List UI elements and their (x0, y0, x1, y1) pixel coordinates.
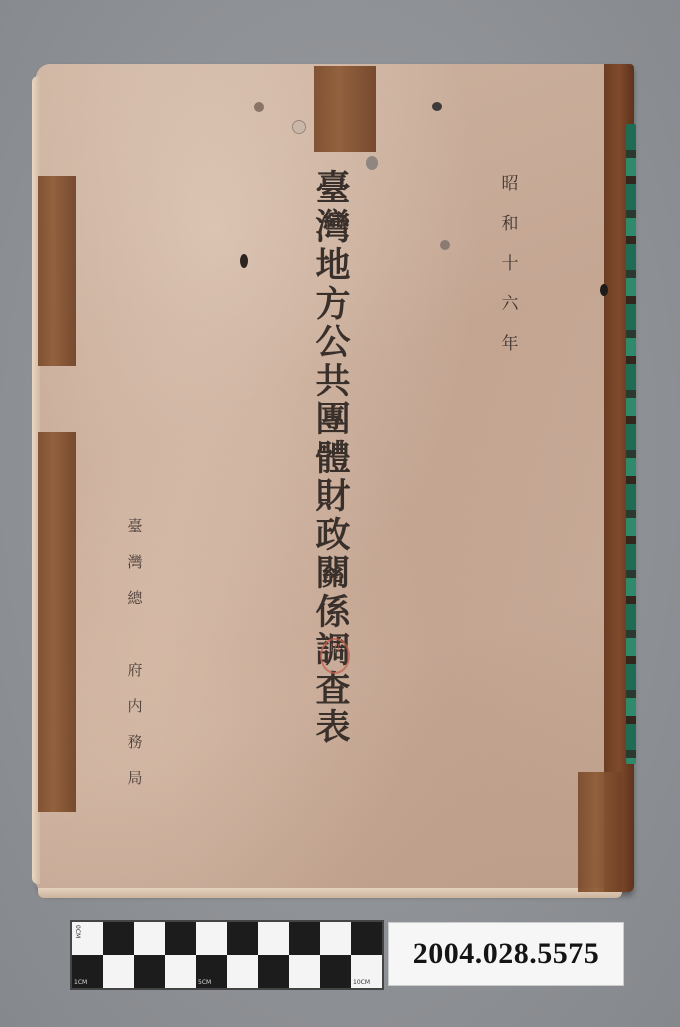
stain-spot (292, 120, 306, 134)
stain-spot (254, 102, 264, 112)
scale-cell (165, 922, 196, 955)
scale-cell (351, 922, 382, 955)
publisher-char: 局 (122, 760, 148, 796)
document-publisher: 臺 灣 總 府 内 務 局 (122, 508, 148, 796)
scale-cell: 5CM (196, 955, 227, 988)
publisher-char: 内 (122, 688, 148, 724)
tape-strip-right-bottom (578, 772, 622, 892)
title-char: 關 (310, 555, 356, 594)
title-char: 方 (310, 286, 356, 325)
page-edge-bottom (38, 888, 622, 898)
stain-spot (366, 156, 378, 170)
title-char: 係 (310, 594, 356, 633)
title-char: 團 (310, 401, 356, 440)
accession-number-label: 2004.028.5575 (388, 922, 624, 986)
spine-green-binding (626, 124, 636, 764)
publisher-char: 臺 (122, 508, 148, 544)
title-char: 地 (310, 247, 356, 286)
scale-cell (258, 955, 289, 988)
red-seal-stamp: 印 (320, 638, 350, 674)
date-char: 年 (496, 324, 524, 364)
scale-cell (258, 922, 289, 955)
title-char: 財 (310, 478, 356, 517)
scale-cell (134, 955, 165, 988)
stain-spot (240, 254, 248, 268)
title-char: 政 (310, 517, 356, 556)
scale-cell (196, 922, 227, 955)
title-char: 表 (310, 709, 356, 748)
publisher-char: 府 (122, 652, 148, 688)
tape-strip-top (314, 66, 376, 152)
tape-strip-left-upper (38, 176, 76, 366)
scale-cell (320, 922, 351, 955)
stain-spot (432, 102, 442, 111)
scale-cell (227, 955, 258, 988)
stain-spot (600, 284, 608, 296)
scale-cell (103, 922, 134, 955)
title-char: 體 (310, 440, 356, 479)
document-date: 昭 和 十 六 年 (496, 164, 524, 364)
date-char: 和 (496, 204, 524, 244)
title-char: 公 (310, 324, 356, 363)
scale-cell: 0CM (72, 922, 103, 955)
date-char: 六 (496, 284, 524, 324)
scale-cell (134, 922, 165, 955)
scale-cell (165, 955, 196, 988)
title-char: 臺 (310, 170, 356, 209)
scale-cell (227, 922, 258, 955)
scale-cell (320, 955, 351, 988)
color-scale-bar: 0CM 1CM 5CM 10CM (70, 920, 384, 990)
publisher-char: 灣 (122, 544, 148, 580)
scale-cell: 10CM (351, 955, 382, 988)
title-char: 共 (310, 363, 356, 402)
book-cover: 臺 灣 地 方 公 共 團 體 財 政 關 係 調 査 表 昭 和 十 六 年 … (36, 64, 632, 892)
date-char: 昭 (496, 164, 524, 204)
title-char: 灣 (310, 209, 356, 248)
title-char: 査 (310, 671, 356, 710)
scale-cell: 1CM (72, 955, 103, 988)
publisher-char: 總 (122, 580, 148, 616)
scale-cell (103, 955, 134, 988)
scale-label: 1CM (74, 979, 87, 986)
tape-strip-left-lower (38, 432, 76, 812)
scale-cell (289, 922, 320, 955)
publisher-char: 務 (122, 724, 148, 760)
stain-spot (440, 240, 450, 250)
date-char: 十 (496, 244, 524, 284)
scale-label: 10CM (353, 979, 370, 986)
scale-cell (289, 955, 320, 988)
scale-label: 0CM (74, 925, 81, 938)
publisher-gap (122, 616, 148, 652)
scale-label: 5CM (198, 979, 211, 986)
